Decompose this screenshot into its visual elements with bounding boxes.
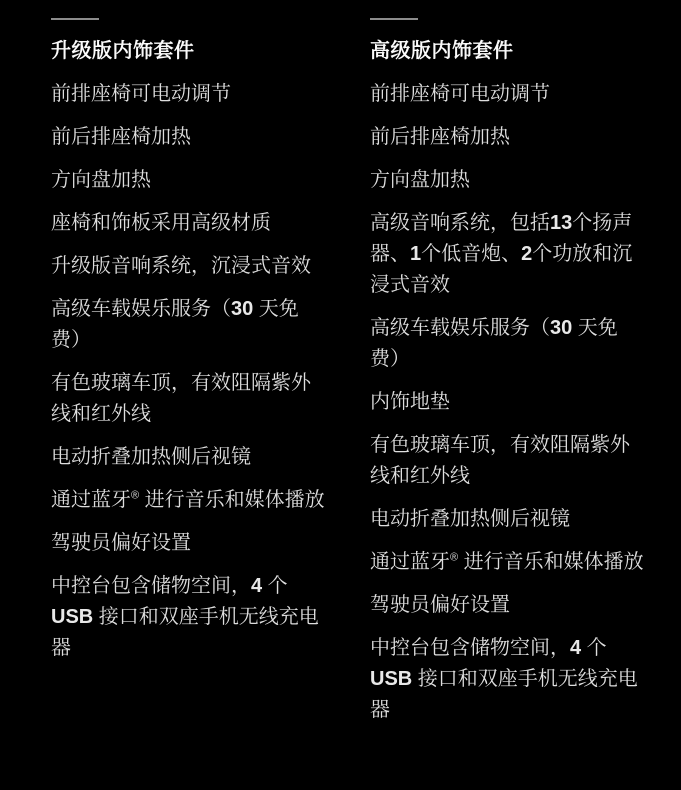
feature-item: 通过蓝牙® 进行音乐和媒体播放 <box>370 547 646 578</box>
feature-item: 中控台包含储物空间，4 个 USB 接口和双座手机无线充电器 <box>370 633 646 726</box>
feature-item: 座椅和饰板采用高级材质 <box>51 208 327 239</box>
package-title-upgraded: 升级版内饰套件 <box>51 36 327 67</box>
feature-item: 中控台包含储物空间，4 个 USB 接口和双座手机无线充电器 <box>51 571 327 664</box>
page: { "colors": { "background": "#000000", "… <box>0 0 681 790</box>
package-column-premium: 高级版内饰套件 前排座椅可电动调节 前后排座椅加热 方向盘加热 高级音响系统，包… <box>370 18 646 738</box>
feature-item: 驾驶员偏好设置 <box>370 590 646 621</box>
feature-item: 升级版音响系统，沉浸式音效 <box>51 251 327 282</box>
feature-item: 前排座椅可电动调节 <box>370 79 646 110</box>
section-divider <box>370 18 418 20</box>
feature-item: 电动折叠加热侧后视镜 <box>370 504 646 535</box>
feature-item: 高级车载娱乐服务（30 天免费） <box>370 313 646 375</box>
feature-item: 通过蓝牙® 进行音乐和媒体播放 <box>51 485 327 516</box>
feature-item: 驾驶员偏好设置 <box>51 528 327 559</box>
feature-item: 高级音响系统，包括13个扬声器、1个低音炮、2个功放和沉浸式音效 <box>370 208 646 301</box>
feature-list-premium: 前排座椅可电动调节 前后排座椅加热 方向盘加热 高级音响系统，包括13个扬声器、… <box>370 79 646 726</box>
feature-item: 方向盘加热 <box>51 165 327 196</box>
section-divider <box>51 18 99 20</box>
feature-item: 有色玻璃车顶，有效阻隔紫外线和红外线 <box>370 430 646 492</box>
feature-item: 电动折叠加热侧后视镜 <box>51 442 327 473</box>
feature-item: 内饰地垫 <box>370 387 646 418</box>
package-title-premium: 高级版内饰套件 <box>370 36 646 67</box>
feature-item: 前排座椅可电动调节 <box>51 79 327 110</box>
feature-item: 前后排座椅加热 <box>370 122 646 153</box>
feature-item: 方向盘加热 <box>370 165 646 196</box>
feature-item: 前后排座椅加热 <box>51 122 327 153</box>
interior-packages-comparison: 升级版内饰套件 前排座椅可电动调节 前后排座椅加热 方向盘加热 座椅和饰板采用高… <box>0 0 681 738</box>
feature-list-upgraded: 前排座椅可电动调节 前后排座椅加热 方向盘加热 座椅和饰板采用高级材质 升级版音… <box>51 79 327 664</box>
feature-item: 高级车载娱乐服务（30 天免费） <box>51 294 327 356</box>
package-column-upgraded: 升级版内饰套件 前排座椅可电动调节 前后排座椅加热 方向盘加热 座椅和饰板采用高… <box>51 18 327 738</box>
feature-item: 有色玻璃车顶，有效阻隔紫外线和红外线 <box>51 368 327 430</box>
